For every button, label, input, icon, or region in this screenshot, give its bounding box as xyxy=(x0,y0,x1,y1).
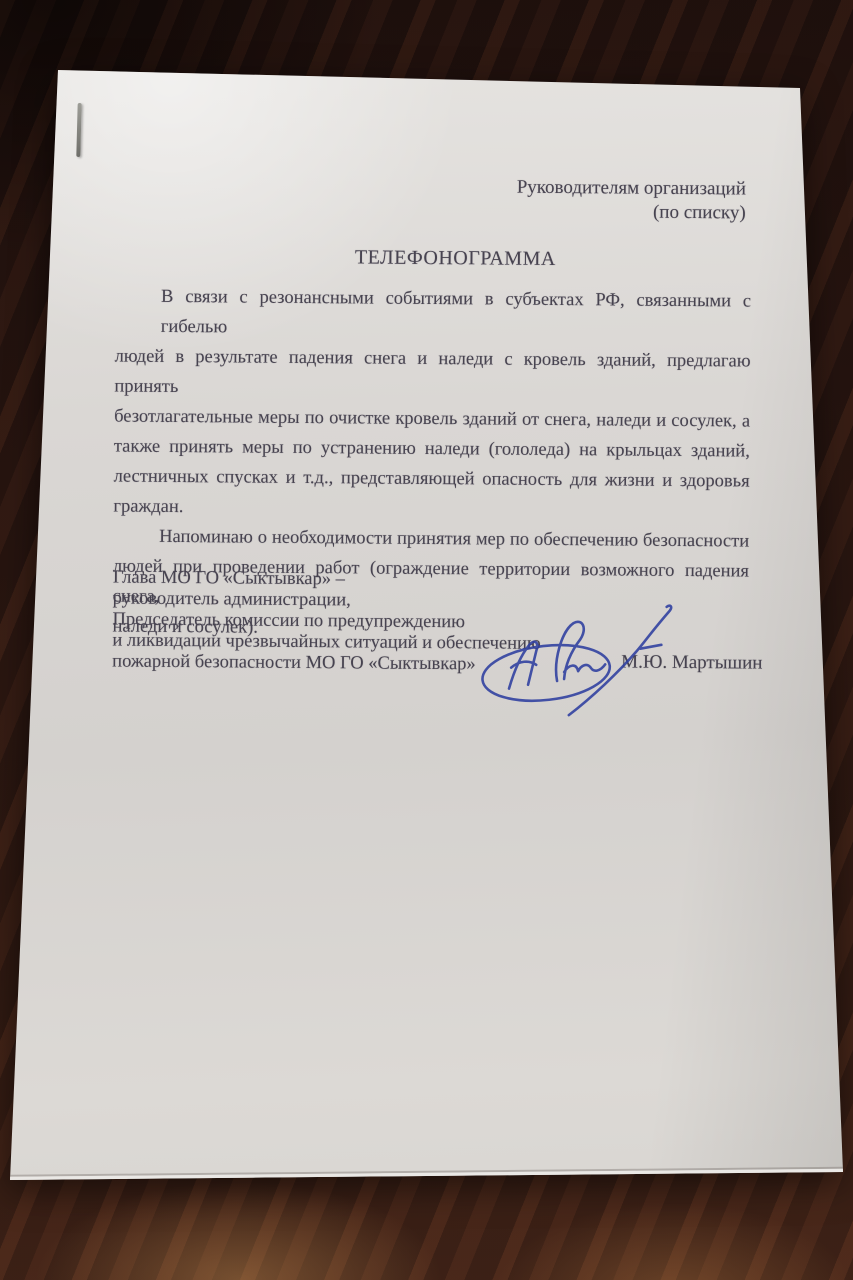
recipient-block: Руководителям организаций (по списку) xyxy=(400,175,746,226)
recipient-line: Руководителям организаций xyxy=(400,175,746,202)
body-line: В связи с резонансными событиями в субъе… xyxy=(115,282,751,347)
handwritten-signature-icon xyxy=(451,572,702,729)
body-line: безотлагательные меры по очистке кровель… xyxy=(114,402,750,437)
document-title: ТЕЛЕФОНОГРАММА xyxy=(155,245,755,273)
recipient-line: (по списку) xyxy=(400,199,746,226)
body-line: людей в результате падения снега и налед… xyxy=(114,342,750,407)
signature-stroke xyxy=(640,645,661,649)
signature-stroke xyxy=(569,605,671,716)
photo-of-desk: { "scene": { "description": "printed let… xyxy=(0,0,853,1280)
document-content: Руководителям организаций (по списку) ТЕ… xyxy=(0,0,853,1280)
body-line: Напоминаю о необходимости принятия мер п… xyxy=(113,522,749,557)
body-line: лестничных спусках и т.д., представляюще… xyxy=(114,462,750,497)
body-line: граждан. xyxy=(113,492,749,527)
body-line: также принять меры по устранению наледи … xyxy=(114,432,750,467)
